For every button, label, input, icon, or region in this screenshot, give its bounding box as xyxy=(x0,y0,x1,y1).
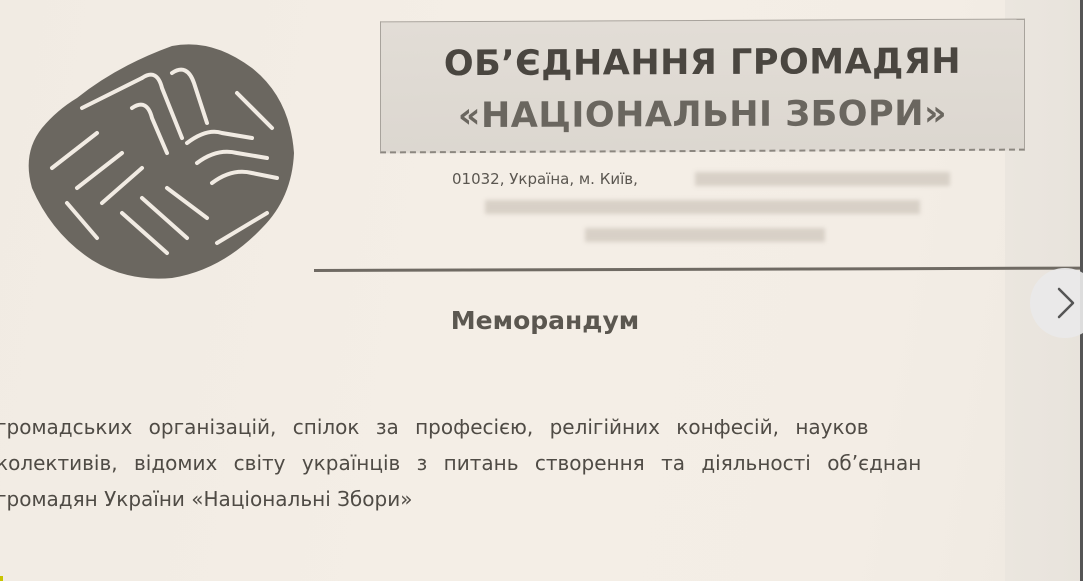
body-line: громадян України «Національні Збори» xyxy=(0,481,1083,517)
organization-name-line1: ОБ’ЄДНАННЯ ГРОМАДЯН xyxy=(381,42,1024,85)
redacted-address-part xyxy=(695,172,950,186)
redacted-address-line2 xyxy=(485,200,920,214)
address-text: 01032, Україна, м. Київ, xyxy=(452,170,638,188)
chevron-right-icon xyxy=(1056,287,1076,319)
organization-name-line2: «НАЦІОНАЛЬНІ ЗБОРИ» xyxy=(381,94,1024,137)
document-title: Меморандум xyxy=(0,306,1083,335)
body-line: колективів, відомих світу українців з пи… xyxy=(0,445,1083,481)
artifact-dot xyxy=(0,576,3,581)
body-line: громадських організацій, спілок за профе… xyxy=(0,409,1083,445)
redacted-address-line3 xyxy=(585,228,825,242)
clasped-hands-logo-icon xyxy=(22,38,304,282)
memorandum-body: громадських організацій, спілок за профе… xyxy=(0,409,1083,517)
organization-title-box: ОБ’ЄДНАННЯ ГРОМАДЯН «НАЦІОНАЛЬНІ ЗБОРИ» xyxy=(380,19,1025,154)
